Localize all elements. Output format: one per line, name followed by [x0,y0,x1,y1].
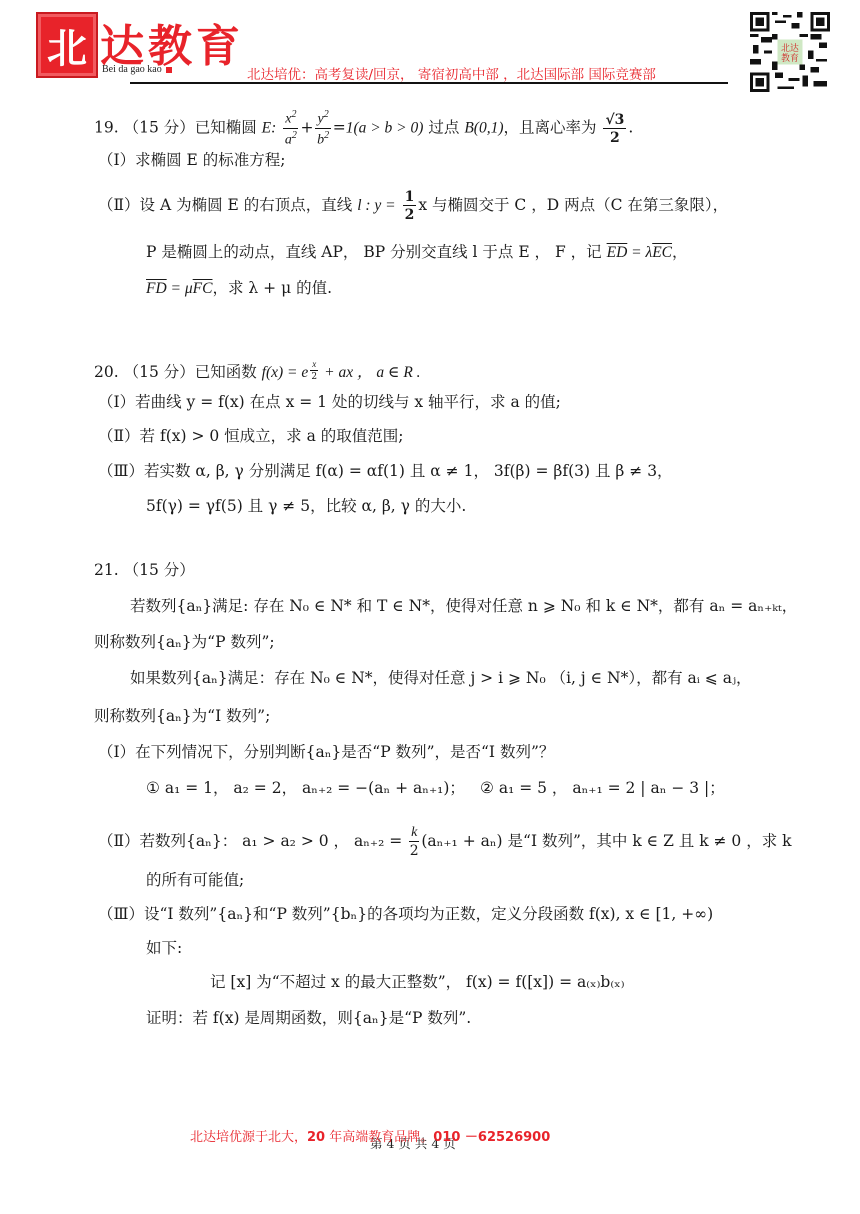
header-divider [130,82,728,84]
q19-ecc-text: ，且离心率为 [504,119,597,137]
q19-part2-text-a: 设 A 为椭圆 E 的右顶点，直线 [140,196,353,214]
q21-part3-text-a: 设“I 数列”{aₙ}和“P 数列”{bₙ}的各项均为正数，定义分段函数 f(x… [144,905,713,923]
qr-code-icon: 北达 教育 [750,12,830,92]
q19-point: B(0,1) [464,120,503,137]
q20-part3-text: 若实数 α, β, γ 分别满足 f(α) = αf(1) 且 α ≠ 1， 3… [144,462,673,480]
q19-part1-text: 求椭圆 E 的标准方程; [135,151,285,169]
q19-condition: 1(a > b > 0) [346,120,424,137]
q21-def-i2-text: 则称数列{aₙ}为“I 数列”; [94,707,270,725]
q21-part3-label: （Ⅲ） [98,905,144,923]
svg-text:北达: 北达 [781,42,799,54]
q19-part2-text-d: ，求 λ + μ 的值. [212,279,332,297]
q21-case1-text: ① a₁ = 1， a₂ = 2， aₙ₊₂ = −(aₙ + aₙ₊₁)； [146,779,465,797]
q19-vector-ed: ED [607,244,628,261]
q21-part1: （Ⅰ）在下列情况下，分别判断{aₙ}是否“P 数列”，是否“I 数列”？ [98,742,554,762]
q21-part1-text: 在下列情况下，分别判断{aₙ}是否“P 数列”，是否“I 数列”？ [135,743,554,761]
q20-part3-label: （Ⅲ） [98,462,144,480]
q20-stem: 20. （15 分）已知函数 f(x) = ex2 + ax ， a ∈ R . [94,360,421,383]
q20-lead: 20. （15 分）已知函数 [94,363,257,381]
q20-part2-text: 若 f(x) > 0 恒成立，求 a 的取值范围; [140,427,404,445]
q21-def-i-text: 如果数列{aₙ}满足：存在 N₀ ∈ N*，使得对任意 j > i ⩾ N₀ （… [130,669,752,687]
q19-lead: 19. （15 分）已知椭圆 [94,119,257,137]
q19-eccentricity: √32 [603,113,626,145]
q20-function-tail: + ax ， a ∈ R . [320,364,420,381]
q21-part3-c: 记 [x] 为“不超过 x 的最大正整数”， f(x) = f([x]) = a… [210,972,625,992]
q19-stem: 19. （15 分）已知椭圆 E: x2a2+y2b2=1(a > b > 0)… [94,110,633,147]
footer-phone: 010 －62526900 [433,1130,550,1145]
q20-exp-num: x [310,360,318,371]
q21-part2-text-b: (aₙ₊₁ + aₙ) 是“I 数列”，其中 k ∈ Z 且 k ≠ 0 ，求 … [421,832,791,850]
q19-part2-label: （Ⅱ） [98,196,140,214]
q21-part3-text-c: 记 [x] 为“不超过 x 的最大正整数”， f(x) = f([x]) = a… [210,973,625,991]
q20-part2-label: （Ⅱ） [98,427,140,445]
q21-part2-cont: 的所有可能值; [146,870,244,890]
q19-part1-label: （Ⅰ） [98,151,135,169]
q21-part3-b: 如下: [146,938,182,958]
q21-case1: ① a₁ = 1， a₂ = 2， aₙ₊₂ = −(aₙ + aₙ₊₁)； [146,778,465,798]
header-slogan: 北达培优：高考复读/回京， 寄宿初高中部 ，北达国际部 国际竞赛部 [247,63,656,83]
q21-case2: ② a₁ = 5 ， aₙ₊₁ = 2 | aₙ − 3 |； [480,778,725,798]
q21-stem: 21. （15 分） [94,560,195,580]
q19-ecc-num: √3 [603,113,626,129]
logo-square-icon [166,67,172,73]
q21-def-p-text: 若数列{aₙ}满足: 存在 N₀ ∈ N* 和 T ∈ N*，使得对任意 n ⩾… [130,597,797,615]
q19-vector-fd: FD [146,280,167,297]
q21-case2-text: ② a₁ = 5 ， aₙ₊₁ = 2 | aₙ − 3 |； [480,779,725,797]
q20-part3: （Ⅲ）若实数 α, β, γ 分别满足 f(α) = αf(1) 且 α ≠ 1… [98,461,673,481]
q21-part3-text-d: 证明：若 f(x) 是周期函数，则{aₙ}是“P 数列”. [146,1009,471,1027]
q20-part3-cont: 5f(γ) = γf(5) 且 γ ≠ 5，比较 α, β, γ 的大小. [146,496,466,516]
q20-part1-label: （Ⅰ） [98,393,135,411]
q19-vector-fc: FC [193,280,213,297]
q19-half: 12 [403,190,417,222]
q19-frac-x: x2a2 [283,110,298,147]
logo-pinyin-text: Bei da gao kao [102,64,162,75]
q19-half-den: 2 [405,206,415,222]
q21-k-half: k2 [409,826,419,858]
q20-part1-text: 若曲线 y = f(x) 在点 x = 1 处的切线与 x 轴平行，求 a 的值… [135,393,561,411]
q19-line-eq: l : y = [357,197,395,214]
q19-part2-cont: P 是椭圆上的动点，直线 AP， BP 分别交直线 l 于点 E ， F ，记 … [146,242,688,263]
q20-exp-den: 2 [311,371,317,382]
q19-passes: 过点 [428,119,459,137]
q21-part2-label: （Ⅱ） [98,832,140,850]
q19-vec1-eq: = λ [627,244,652,261]
q19-vector-ec: EC [652,244,672,261]
footer-ad: 北达培优源于北大，20 年高端教育品牌。010 －62526900 [190,1126,550,1145]
footer-ad-text2: 年高端教育品牌。 [325,1130,433,1145]
q19-part2-end: FD = μFC，求 λ + μ 的值. [146,278,332,299]
q20-part1: （Ⅰ）若曲线 y = f(x) 在点 x = 1 处的切线与 x 轴平行，求 a… [98,392,561,412]
q19-part1: （Ⅰ）求椭圆 E 的标准方程; [98,150,286,170]
footer-ad-years: 20 [307,1130,325,1145]
q21-k-num: k [409,826,419,842]
q21-part2: （Ⅱ）若数列{aₙ}： a₁ > a₂ > 0 ， aₙ₊₂ = k2(aₙ₊₁… [98,826,792,858]
q21-def-p2-text: 则称数列{aₙ}为“P 数列”; [94,633,275,651]
q21-part2-text-a: 若数列{aₙ}： a₁ > a₂ > 0 ， aₙ₊₂ = [140,832,403,850]
q19-part2-text-c: P 是椭圆上的动点，直线 AP， BP 分别交直线 l 于点 E ， F ，记 [146,243,602,261]
q19-frac-y: y2b2 [315,110,330,147]
q19-vec3-eq: = μ [167,280,193,297]
q21-part3-text-b: 如下: [146,939,182,957]
q19-ellipse-name: E [262,120,271,137]
q21-lead: 21. （15 分） [94,561,195,579]
q20-exponent: x2 [310,360,318,382]
q21-part2-text-c: 的所有可能值; [146,871,244,889]
logo-pinyin: Bei da gao kao [102,64,172,75]
q20-part2: （Ⅱ）若 f(x) > 0 恒成立，求 a 的取值范围; [98,426,404,446]
logo-mark: 北 [36,12,98,78]
q21-def-p: 若数列{aₙ}满足: 存在 N₀ ∈ N* 和 T ∈ N*，使得对任意 n ⩾… [130,596,797,616]
q21-def-i: 如果数列{aₙ}满足：存在 N₀ ∈ N*，使得对任意 j > i ⩾ N₀ （… [130,668,752,688]
q19-half-num: 1 [403,190,417,206]
q20-function: f(x) = e [262,364,309,381]
q20-part3-text2: 5f(γ) = γf(5) 且 γ ≠ 5，比较 α, β, γ 的大小. [146,497,466,515]
q21-def-p2: 则称数列{aₙ}为“P 数列”; [94,632,275,652]
q21-part1-label: （Ⅰ） [98,743,135,761]
footer-ad-text: 北达培优源于北大， [190,1130,307,1145]
q21-k-den: 2 [410,842,419,858]
q21-part3-d: 证明：若 f(x) 是周期函数，则{aₙ}是“P 数列”. [146,1008,471,1028]
svg-text:教育: 教育 [781,52,799,64]
q21-def-i2: 则称数列{aₙ}为“I 数列”; [94,706,270,726]
q19-ecc-den: 2 [610,129,620,145]
q19-part2: （Ⅱ）设 A 为椭圆 E 的右顶点，直线 l : y = 12x 与椭圆交于 C… [98,190,728,222]
q19-part2-text-b: x 与椭圆交于 C ，D 两点（C 在第三象限）， [418,196,728,214]
q21-part3: （Ⅲ）设“I 数列”{aₙ}和“P 数列”{bₙ}的各项均为正数，定义分段函数 … [98,904,713,924]
